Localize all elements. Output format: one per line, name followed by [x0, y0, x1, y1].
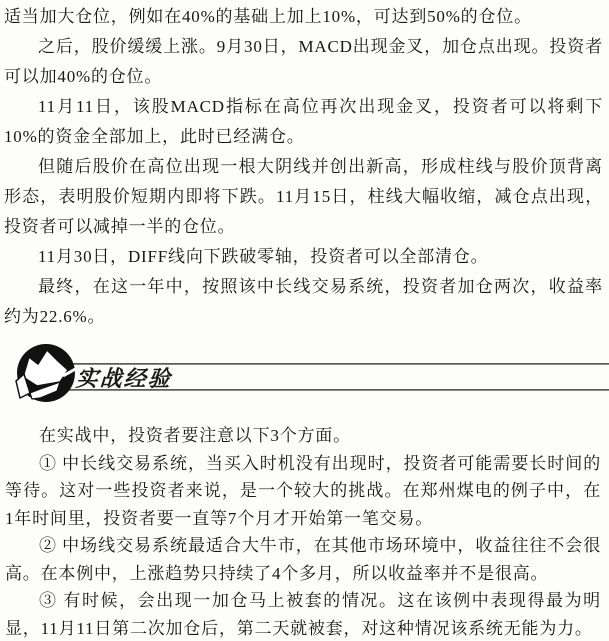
section-paragraph: ③ 有时候，会出现一加仓马上被套的情况。这在该例中表现得最为明显，11月11日第…: [5, 587, 601, 641]
body-paragraph: 11月11日，该股MACD指标在高位再次出现金叉，投资者可以将剩下10%的资金全…: [4, 92, 603, 152]
body-paragraph: 之后，股价缓缓上涨。9月30日，MACD出现金叉，加仓点出现。投资者可以加40%…: [4, 32, 603, 92]
body-paragraph: 最终，在这一年中，按照该中长线交易系统，投资者加仓两次，收益率约为22.6%。: [4, 272, 603, 332]
body-paragraph: 但随后股价在高位出现一根大阴线并创出新高，形成柱线与股价顶背离形态，表明股价短期…: [4, 152, 603, 242]
body-paragraph: 适当加大仓位，例如在40%的基础上加上10%，可达到50%的仓位。: [4, 2, 603, 32]
section-header: 实战经验: [0, 340, 609, 410]
section-paragraph: ① 中长线交易系统，当买入时机没有出现时，投资者可能需要长时间的等待。这对一些投…: [5, 450, 601, 533]
section-paragraph: ② 中场线交易系统最适合大牛市，在其他市场环境中，收益往往不会很高。在本例中，上…: [5, 532, 601, 587]
body-paragraph: 11月30日，DIFF线向下跌破零轴，投资者可以全部清仓。: [4, 242, 603, 272]
book-page: 适当加大仓位，例如在40%的基础上加上10%，可达到50%的仓位。 之后，股价缓…: [0, 0, 609, 641]
body-text-top: 适当加大仓位，例如在40%的基础上加上10%，可达到50%的仓位。 之后，股价缓…: [0, 0, 609, 332]
section-title: 实战经验: [75, 362, 173, 393]
section-body: 在实战中，投资者要注意以下3个方面。 ① 中长线交易系统，当买入时机没有出现时，…: [0, 410, 609, 641]
open-book-icon: [13, 340, 77, 410]
section-paragraph: 在实战中，投资者要注意以下3个方面。: [5, 422, 601, 450]
